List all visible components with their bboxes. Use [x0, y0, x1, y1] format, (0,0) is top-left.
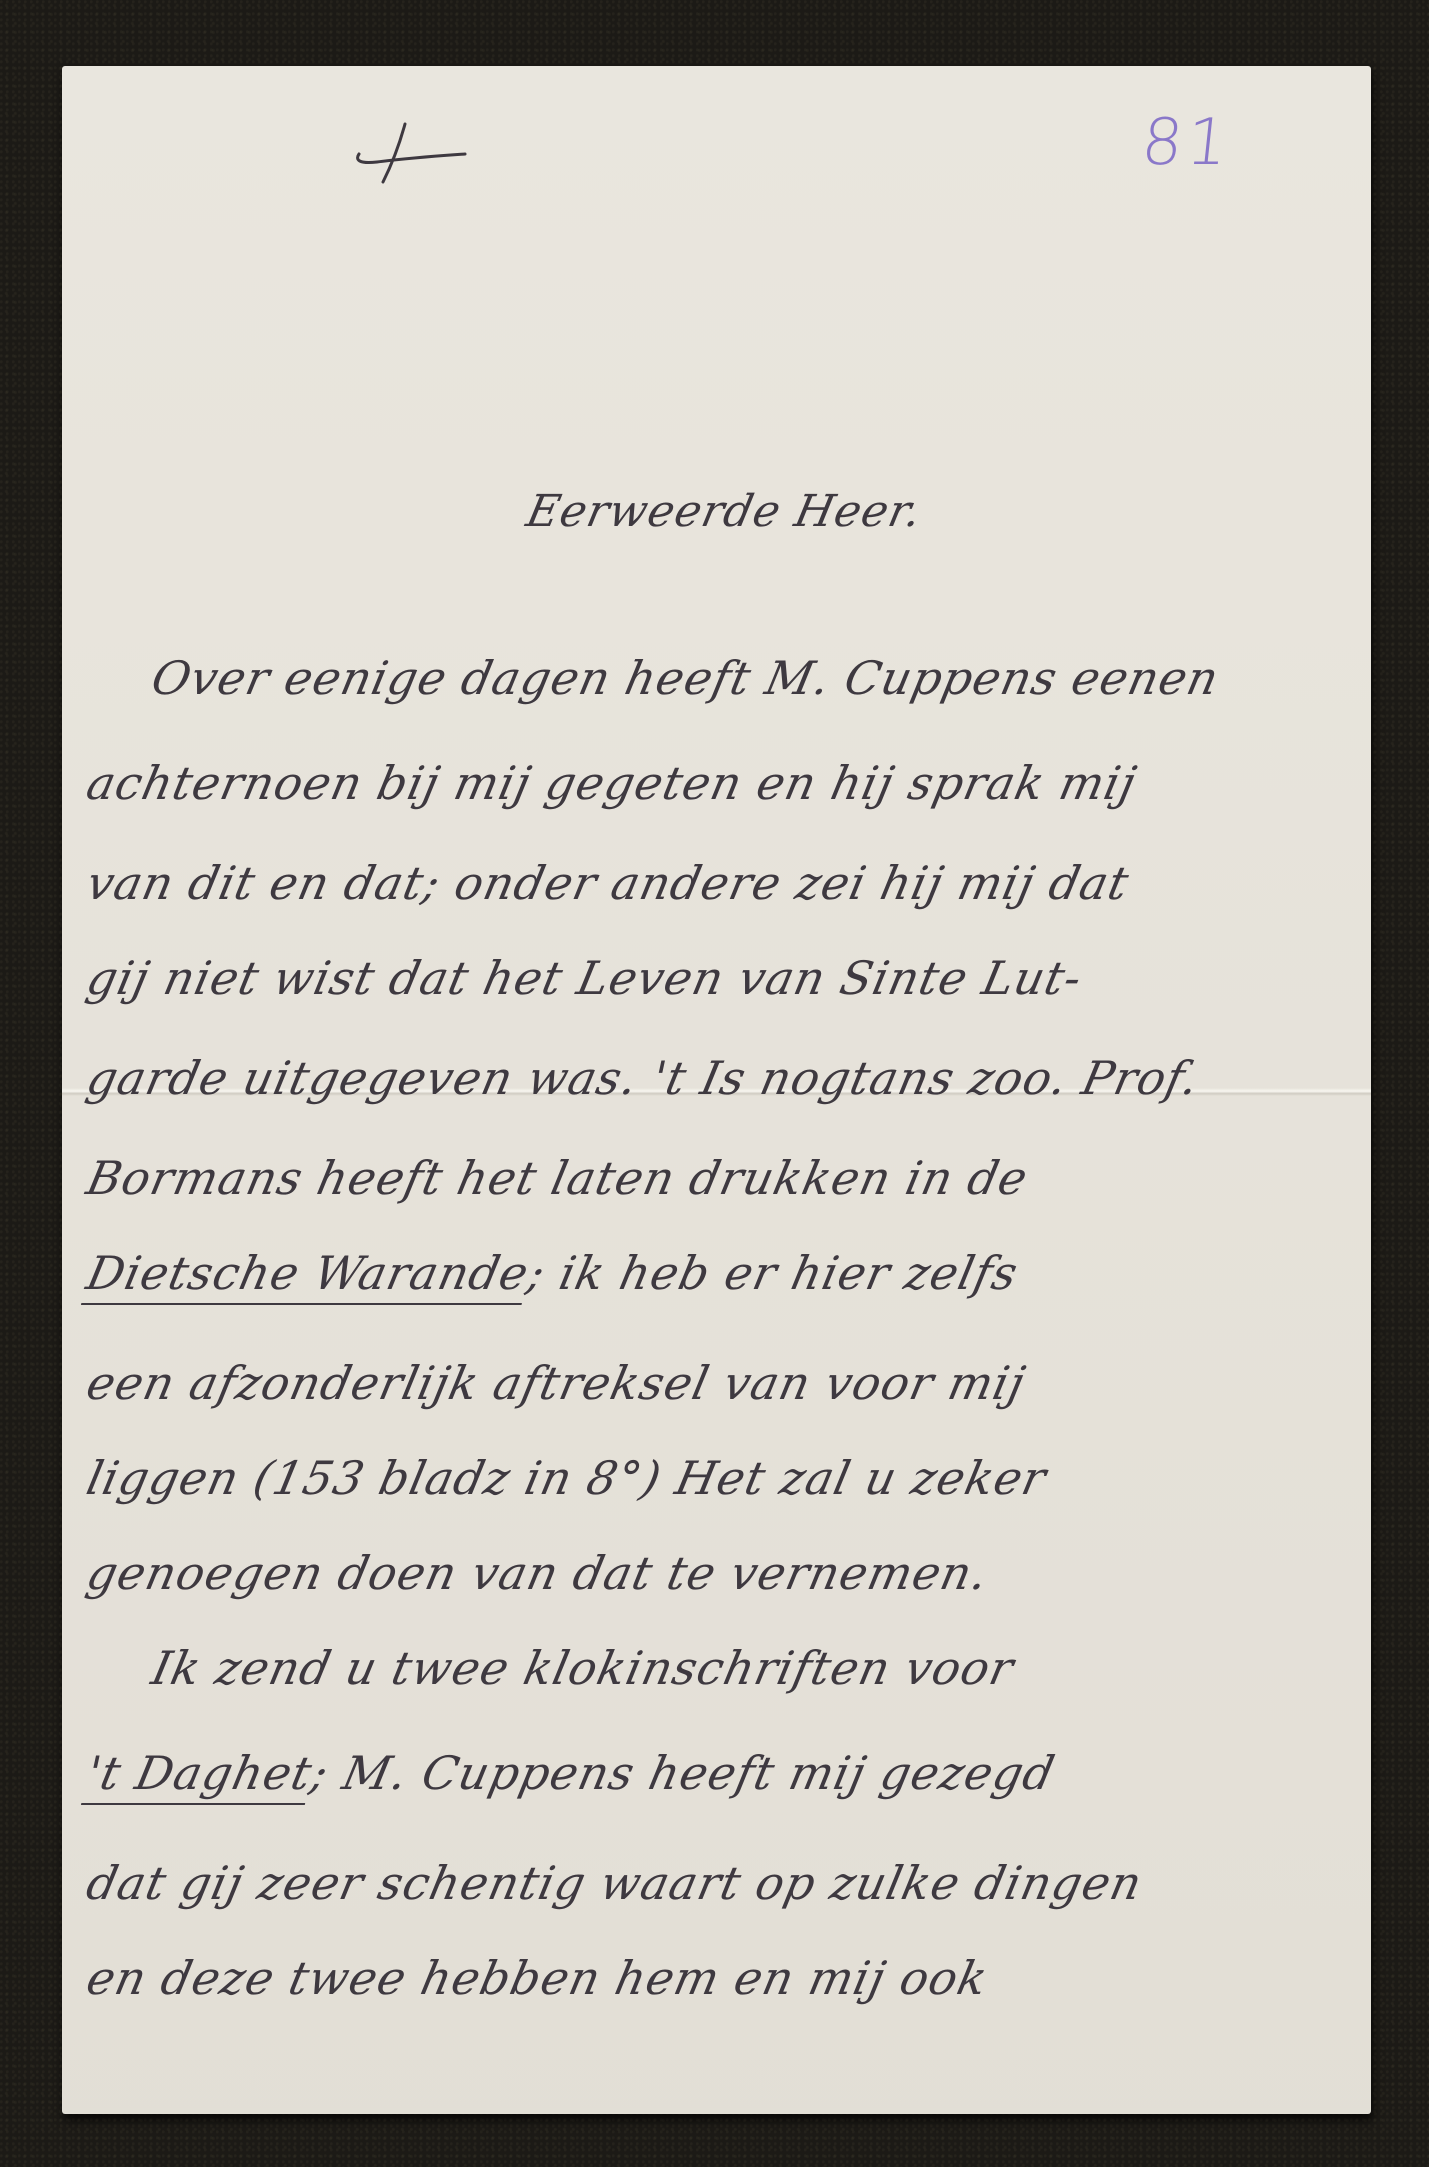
letter-line-1: Over eenige dagen heeft M. Cuppens eenen	[147, 651, 1224, 705]
letter-line-4: gij niet wist dat het Leven van Sinte Lu…	[82, 951, 1087, 1005]
salutation: Eerweerde Heer.	[522, 486, 927, 537]
letter-line-12-rest: ; M. Cuppens heeft mij gezegd	[306, 1746, 1060, 1800]
letter-line-9: liggen (153 bladz in 8°) Het zal u zeker	[82, 1451, 1052, 1505]
letter-page: 81 Eerweerde Heer. Over eenige dagen hee…	[62, 66, 1371, 2114]
letter-line-11: Ik zend u twee klokinschriften voor	[147, 1641, 1019, 1695]
letter-line-6: Bormans heeft het laten drukken in de	[82, 1151, 1033, 1205]
letter-line-14: en deze twee hebben hem en mij ook	[82, 1951, 993, 2005]
cross-mark-icon	[347, 116, 467, 186]
letter-line-2: achternoen bij mij gegeten en hij sprak …	[82, 756, 1142, 810]
letter-line-3: van dit en dat; onder andere zei hij mij…	[82, 856, 1134, 910]
underlined-title-daghet: 't Daghet	[82, 1746, 317, 1800]
letter-line-10: genoegen doen van dat te vernemen.	[82, 1546, 993, 1600]
letter-line-8: een afzonderlijk aftreksel van voor mij	[82, 1356, 1030, 1410]
letter-line-7: Dietsche Warande; ik heb er hier zelfs	[82, 1246, 1023, 1300]
letter-line-5: garde uitgegeven was. 't Is nogtans zoo.…	[82, 1051, 1204, 1105]
letter-line-7-rest: ; ik heb er hier zelfs	[523, 1246, 1024, 1300]
letter-line-12: 't Daghet; M. Cuppens heeft mij gezegd	[82, 1746, 1060, 1800]
underlined-title-dietsche-warande: Dietsche Warande	[82, 1246, 534, 1300]
archive-number: 81	[1138, 106, 1235, 180]
letter-line-13: dat gij zeer schentig waart op zulke din…	[82, 1856, 1147, 1910]
